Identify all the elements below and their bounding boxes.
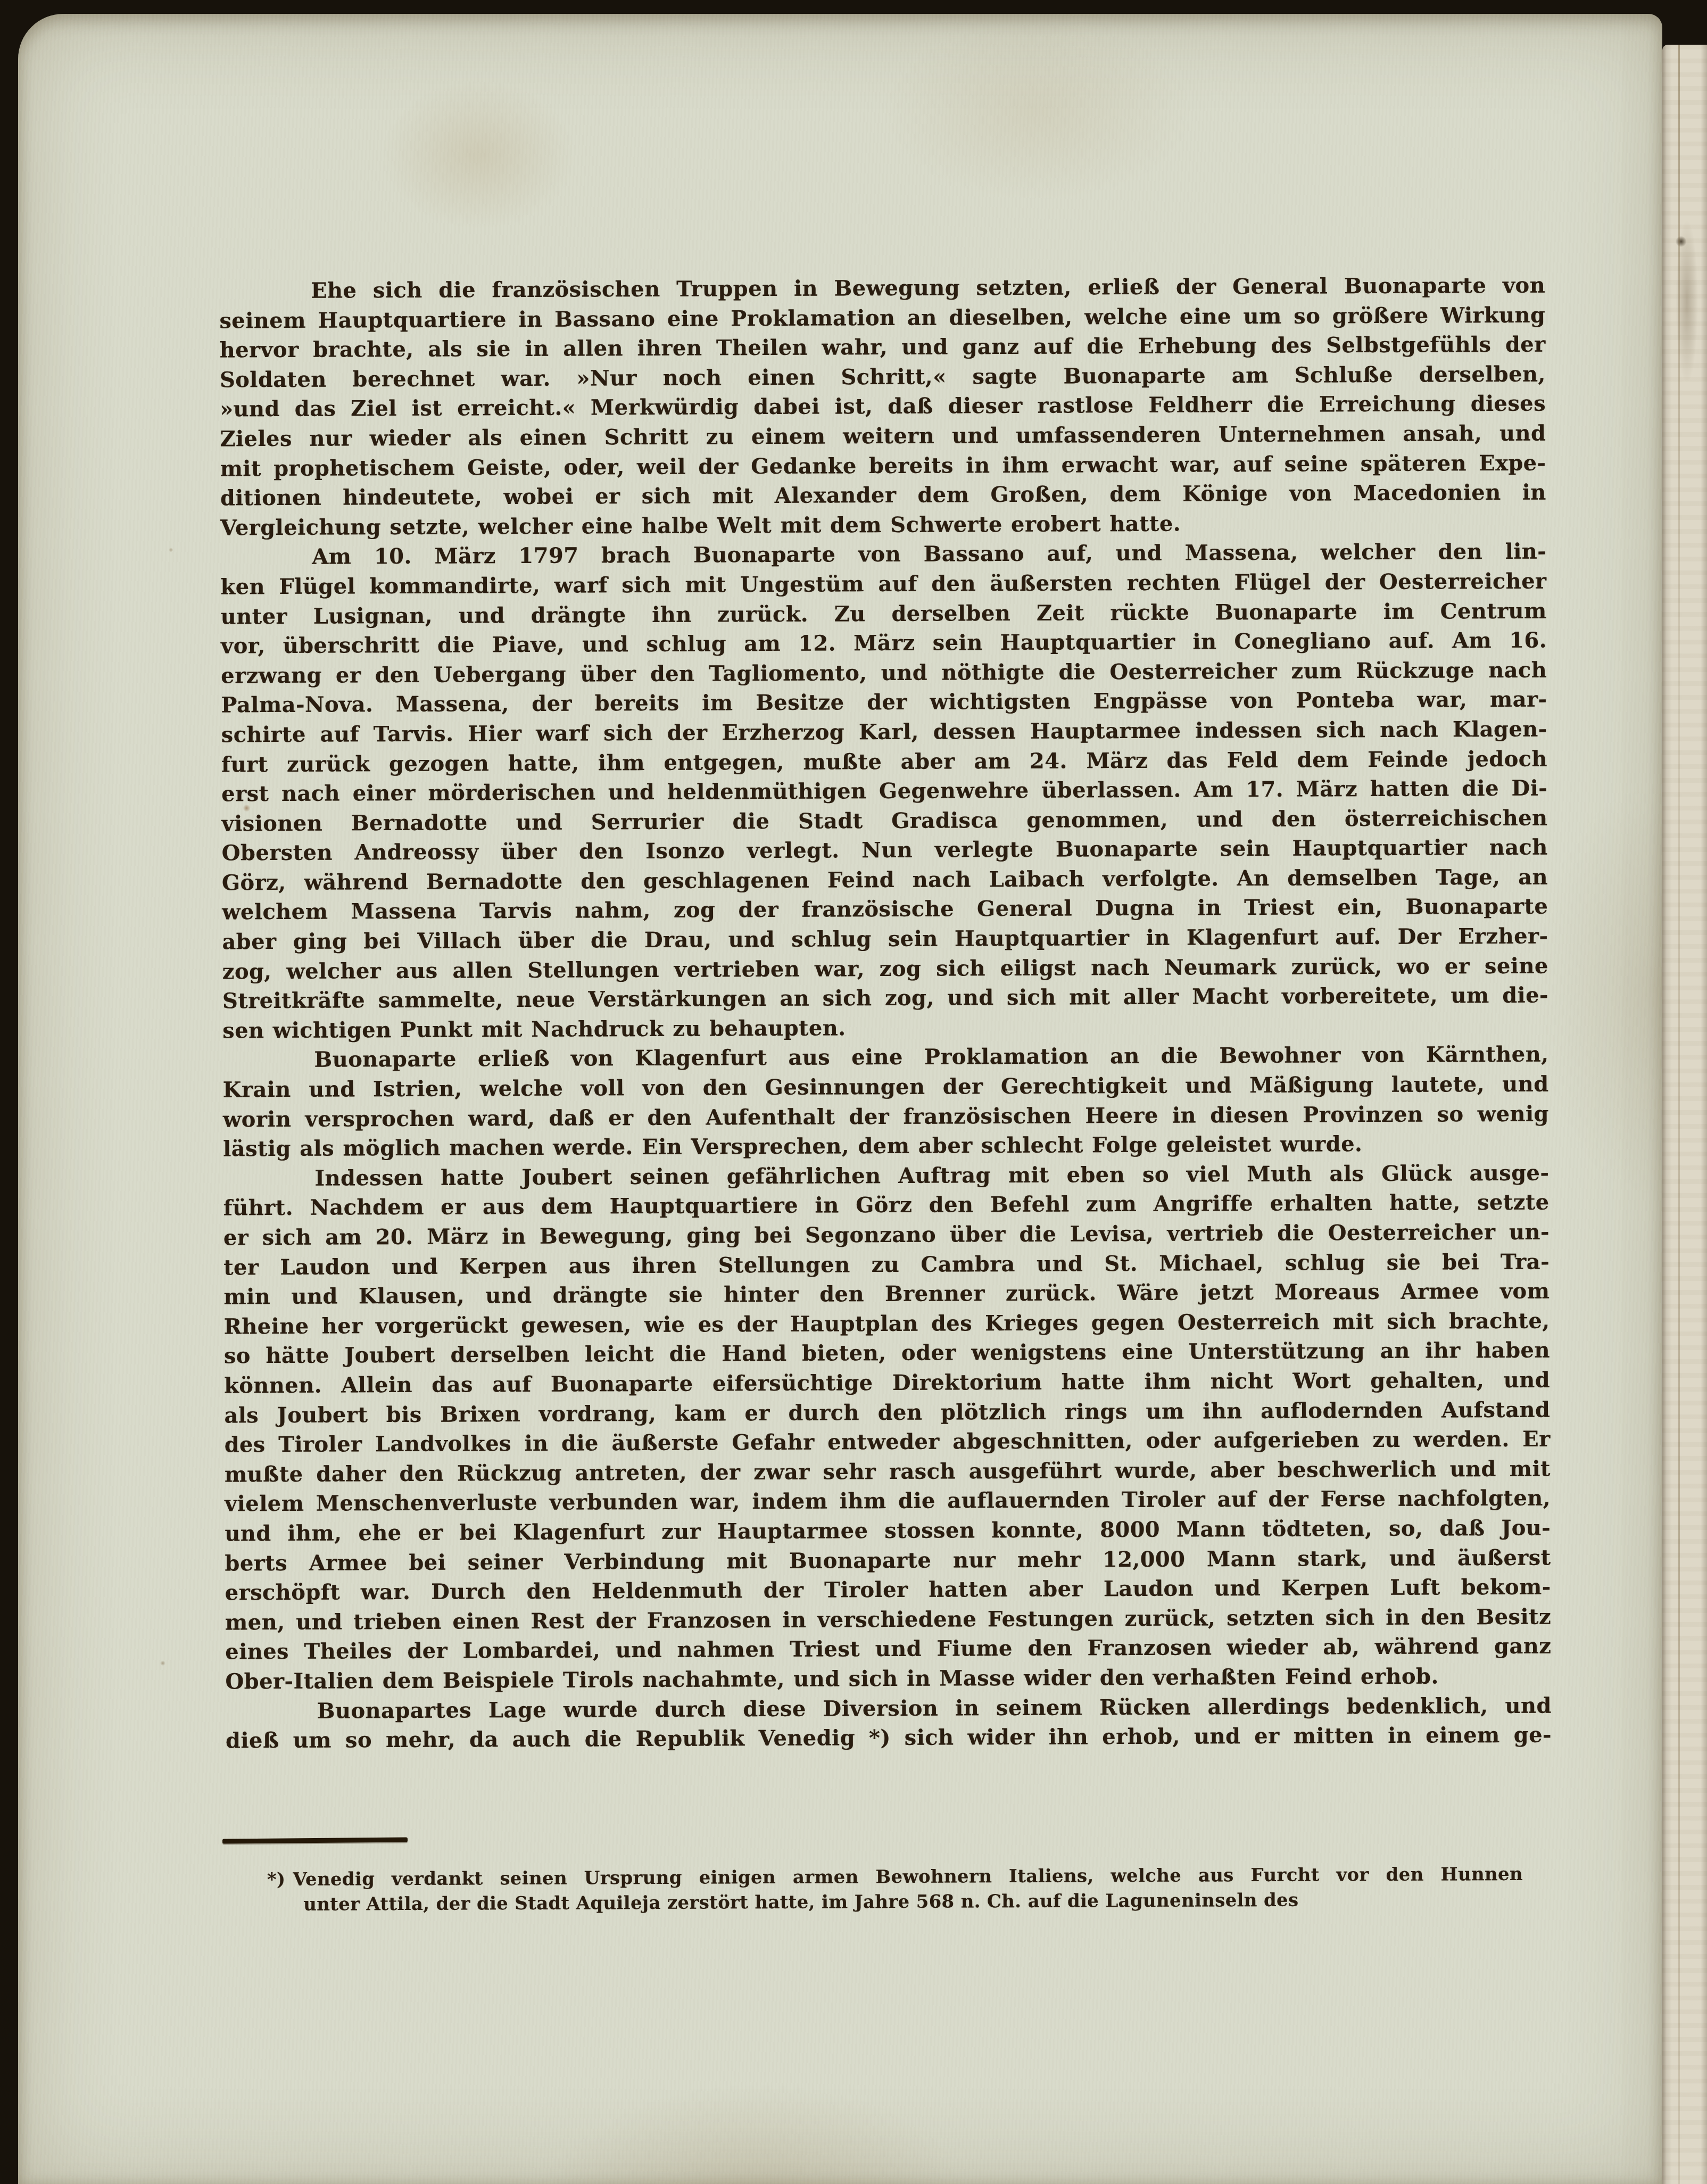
text-line: Ober-Italien dem Beispiele Tirols nachah… — [225, 1661, 1551, 1696]
paragraph: Indessen hatte Joubert seinen gefährlich… — [223, 1158, 1551, 1697]
text-line: Zieles nur wieder als einen Schritt zu e… — [220, 419, 1546, 454]
page-body-text: Ehe sich die französischen Truppen in Be… — [219, 271, 1552, 1756]
book-photo: Ehe sich die französischen Truppen in Be… — [0, 0, 1707, 2184]
adjacent-page-edge — [1662, 45, 1707, 2184]
text-line: und ihm, ehe er bei Klagenfurt zur Haupt… — [225, 1513, 1551, 1548]
text-line: Streitkräfte sammelte, neue Verstärkunge… — [222, 981, 1548, 1016]
footnote-marker: *) — [267, 1869, 293, 1890]
book-page: Ehe sich die französischen Truppen in Be… — [18, 14, 1662, 2184]
paragraph: Am 10. März 1797 brach Buonaparte von Ba… — [220, 537, 1548, 1046]
paragraph: Ehe sich die französischen Truppen in Be… — [219, 271, 1546, 543]
text-line: Krain und Istrien, welche voll von den G… — [223, 1070, 1549, 1105]
paragraph: Buonapartes Lage wurde durch diese Diver… — [226, 1691, 1552, 1756]
text-line: erst nach einer mörderischen und heldenm… — [221, 774, 1547, 809]
footnote: *)Venedig verdankt seinen Ursprung einig… — [267, 1862, 1523, 1917]
text-line: ditionen hindeutete, wobei er sich mit A… — [220, 478, 1546, 513]
text-line: er sich am 20. März in Bewegung, ging be… — [223, 1218, 1549, 1253]
text-line: aber ging bei Villach über die Drau, und… — [222, 922, 1548, 957]
footnote-line: unter Attila, der die Stadt Aquileja zer… — [303, 1887, 1523, 1917]
page-fold-crease — [1678, 45, 1680, 2184]
text-line: ken Flügel kommandirte, warf sich mit Un… — [220, 566, 1546, 601]
text-line: schirte auf Tarvis. Hier warf sich der E… — [221, 714, 1547, 749]
footnote-separator — [222, 1837, 408, 1843]
text-line: Ehe sich die französischen Truppen in Be… — [219, 271, 1545, 306]
text-line: können. Allein das auf Buonaparte eifers… — [224, 1366, 1550, 1401]
paragraph: Buonaparte erließ von Klagenfurt aus ein… — [222, 1040, 1549, 1164]
text-line: dieß um so mehr, da auch die Republik Ve… — [226, 1720, 1552, 1756]
